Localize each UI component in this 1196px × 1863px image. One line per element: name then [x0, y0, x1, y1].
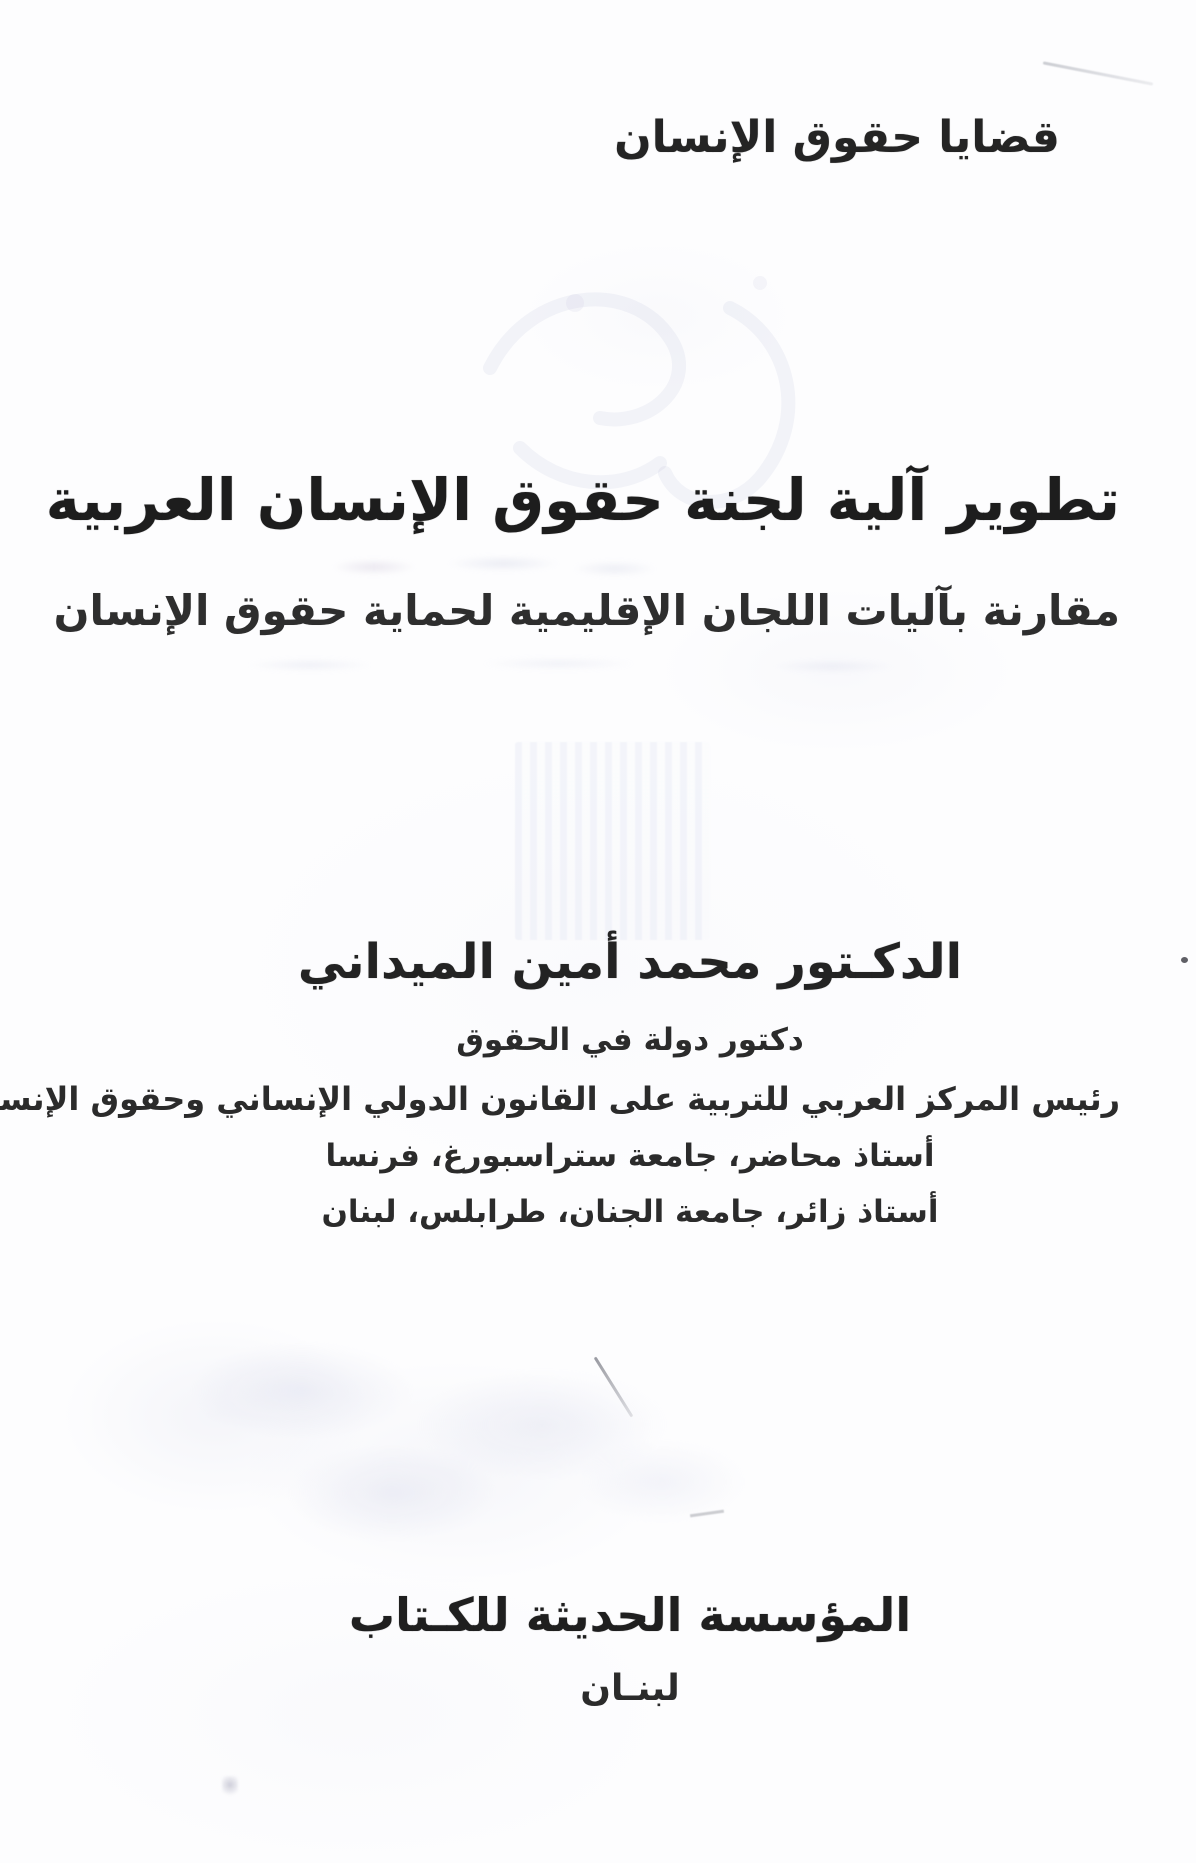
- book-title: تطوير آلية لجنة حقوق الإنسان العربية: [140, 466, 1120, 534]
- author-credential-lecturer: أستاذ محاضر، جامعة ستراسبورغ، فرنسا: [140, 1138, 1120, 1174]
- book-subtitle: مقارنة بآليات اللجان الإقليمية لحماية حق…: [140, 586, 1120, 635]
- scanned-book-title-page: { "page": { "series_label": "قضايا حقوق …: [0, 0, 1196, 1863]
- ink-speck: [1181, 957, 1188, 963]
- text-column: تطوير آلية لجنة حقوق الإنسان العربية مقا…: [140, 0, 1120, 1863]
- author-credential-degree: دكتور دولة في الحقوق: [140, 1022, 1120, 1058]
- publisher-name: المؤسسة الحديثة للكـتاب: [140, 1588, 1120, 1642]
- author-credential-center-president: رئيس المركز العربي للتربية على القانون ا…: [140, 1080, 1120, 1118]
- publisher-location: لبنـان: [140, 1668, 1120, 1709]
- author-name: الدكـتور محمد أمين الميداني: [140, 934, 1120, 990]
- author-credential-visiting-professor: أستاذ زائر، جامعة الجنان، طرابلس، لبنان: [140, 1194, 1120, 1230]
